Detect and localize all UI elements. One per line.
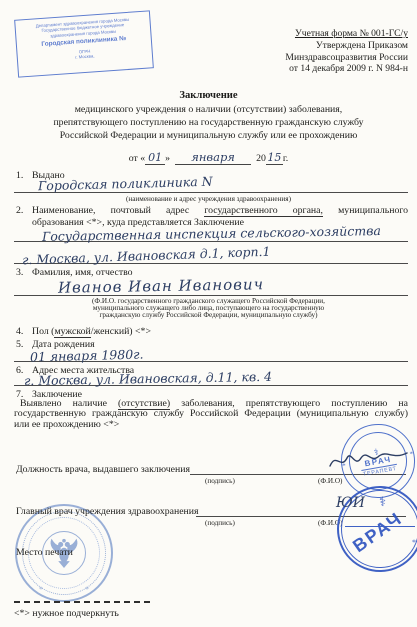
form-number: Учетная форма № 001-ГС/у [188, 28, 408, 40]
star-icon: * [412, 538, 416, 547]
scanned-medical-form: Департамент здравоохранения города Москв… [0, 0, 417, 627]
item3-caption-line: гражданскую службу Российской Федерации,… [0, 312, 417, 319]
doctor-position-label: Должность врача, выдавшего заключения [16, 464, 190, 475]
doctor-sign-caption: (подпись) [205, 477, 235, 485]
form-ministry: Минздравсоцразвития России [188, 52, 408, 64]
chief-sign-caption: (подпись) [205, 519, 235, 527]
form-order-date: от 14 декабря 2009 г. N 984-н [188, 63, 408, 75]
item2-text: муниципального [338, 205, 408, 216]
item4-number: 4. [16, 326, 23, 337]
item4-underlined-male: мужской [54, 326, 90, 338]
item4-gender: Пол (мужской/женский) <*> [32, 326, 151, 337]
doctor-signature-scribble [327, 446, 411, 472]
item2-number: 2. [16, 205, 23, 216]
date-prefix: от « [129, 153, 145, 164]
item2-text: Наименование, почтовый адрес [32, 205, 189, 216]
item5-value-handwritten: 01 января 1980г. [30, 347, 144, 365]
footnote-separator [14, 601, 150, 603]
clinic-rect-stamp: Департамент здравоохранения города Москв… [14, 10, 154, 77]
date-quote: » [165, 153, 170, 164]
document-title: Заключение [0, 90, 417, 101]
item2-underlined-text: государственного органа, [204, 205, 323, 217]
date-day-handwritten: 01 [145, 151, 165, 165]
subtitle-line: Российской Федерации и муниципальную слу… [0, 130, 417, 143]
date-year-handwritten: 15 [266, 151, 283, 165]
document-subtitle: медицинского учреждения о наличии (отсут… [0, 104, 417, 142]
seal-star-icon: * [85, 585, 89, 594]
item3-value-handwritten: Иванов Иван Иванович [58, 275, 264, 297]
chief-initials-handwritten: ЮИ [336, 495, 365, 511]
item3-caption: (Ф.И.О. государственного гражданского сл… [0, 298, 417, 319]
form-approved-by: Утверждена Приказом [188, 40, 408, 52]
medicine-symbol-icon: ⚕ [379, 494, 386, 510]
item4-text: Пол ( [32, 326, 54, 337]
date-month-handwritten: января [175, 150, 251, 165]
document-date: от «01» января 2015 г. [0, 150, 417, 165]
place-of-seal-label: Место печати [16, 547, 73, 558]
subtitle-line: препятствующего поступлению на государст… [0, 117, 417, 130]
form-approval-block: Учетная форма № 001-ГС/у Утверждена Прик… [188, 28, 408, 75]
seal-star-icon: * [39, 585, 43, 594]
item7-conclusion-paragraph: Выявлено наличие (отсутствие) заболевани… [14, 399, 408, 430]
item4-text: /женский) <*> [91, 326, 151, 337]
date-suffix: г. [283, 153, 288, 164]
item1-caption: (наименование и адрес учреждения здравоо… [0, 195, 417, 203]
doctor-name-caption: (Ф.И.О) [318, 477, 342, 485]
footnote-text: <*> нужное подчеркнуть [14, 608, 119, 619]
date-century: 20 [256, 153, 266, 164]
item2-line1: Наименование, почтовый адрес государстве… [32, 205, 408, 216]
chief-doctor-label: Главный врач учреждения здравоохранения [16, 506, 199, 517]
subtitle-line: медицинского учреждения о наличии (отсут… [0, 104, 417, 117]
